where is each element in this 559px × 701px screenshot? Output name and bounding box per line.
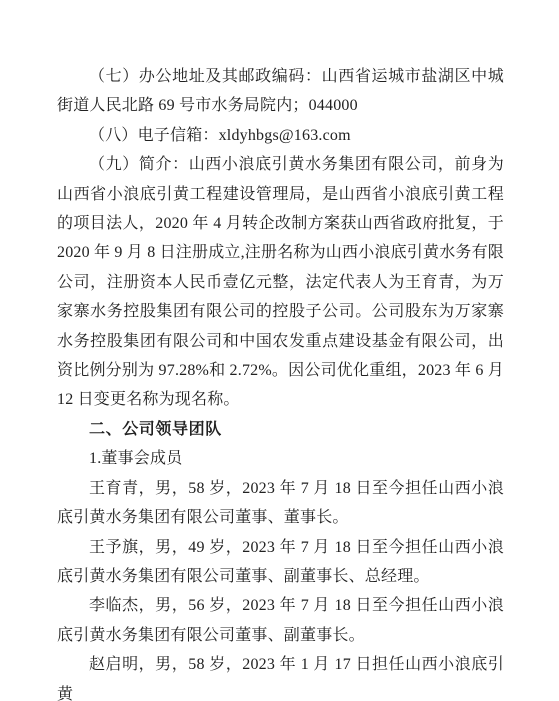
- paragraph-company-profile: （九）简介：山西小浪底引黄水务集团有限公司，前身为山西省小浪底引黄工程建设管理局…: [57, 150, 504, 415]
- paragraph-office-address: （七）办公地址及其邮政编码：山西省运城市盐湖区中城街道人民北路 69 号市水务局…: [57, 62, 504, 121]
- document-page: （七）办公地址及其邮政编码：山西省运城市盐湖区中城街道人民北路 69 号市水务局…: [0, 0, 559, 701]
- paragraph-board-members-label: 1.董事会成员: [57, 444, 504, 473]
- paragraph-email: （八）电子信箱：xldyhbgs@163.com: [57, 121, 504, 150]
- section-heading-leadership-team: 二、公司领导团队: [57, 415, 504, 444]
- paragraph-leader-wang-yuqing: 王育青，男，58 岁，2023 年 7 月 18 日至今担任山西小浪底引黄水务集…: [57, 474, 504, 533]
- document-body: （七）办公地址及其邮政编码：山西省运城市盐湖区中城街道人民北路 69 号市水务局…: [57, 0, 504, 701]
- paragraph-leader-li-linjie: 李临杰，男，56 岁，2023 年 7 月 18 日至今担任山西小浪底引黄水务集…: [57, 591, 504, 650]
- paragraph-leader-wang-yuqi: 王予旗，男，49 岁，2023 年 7 月 18 日至今担任山西小浪底引黄水务集…: [57, 533, 504, 592]
- paragraph-leader-zhao-qiming: 赵启明，男，58 岁，2023 年 1 月 17 日担任山西小浪底引黄: [57, 650, 504, 701]
